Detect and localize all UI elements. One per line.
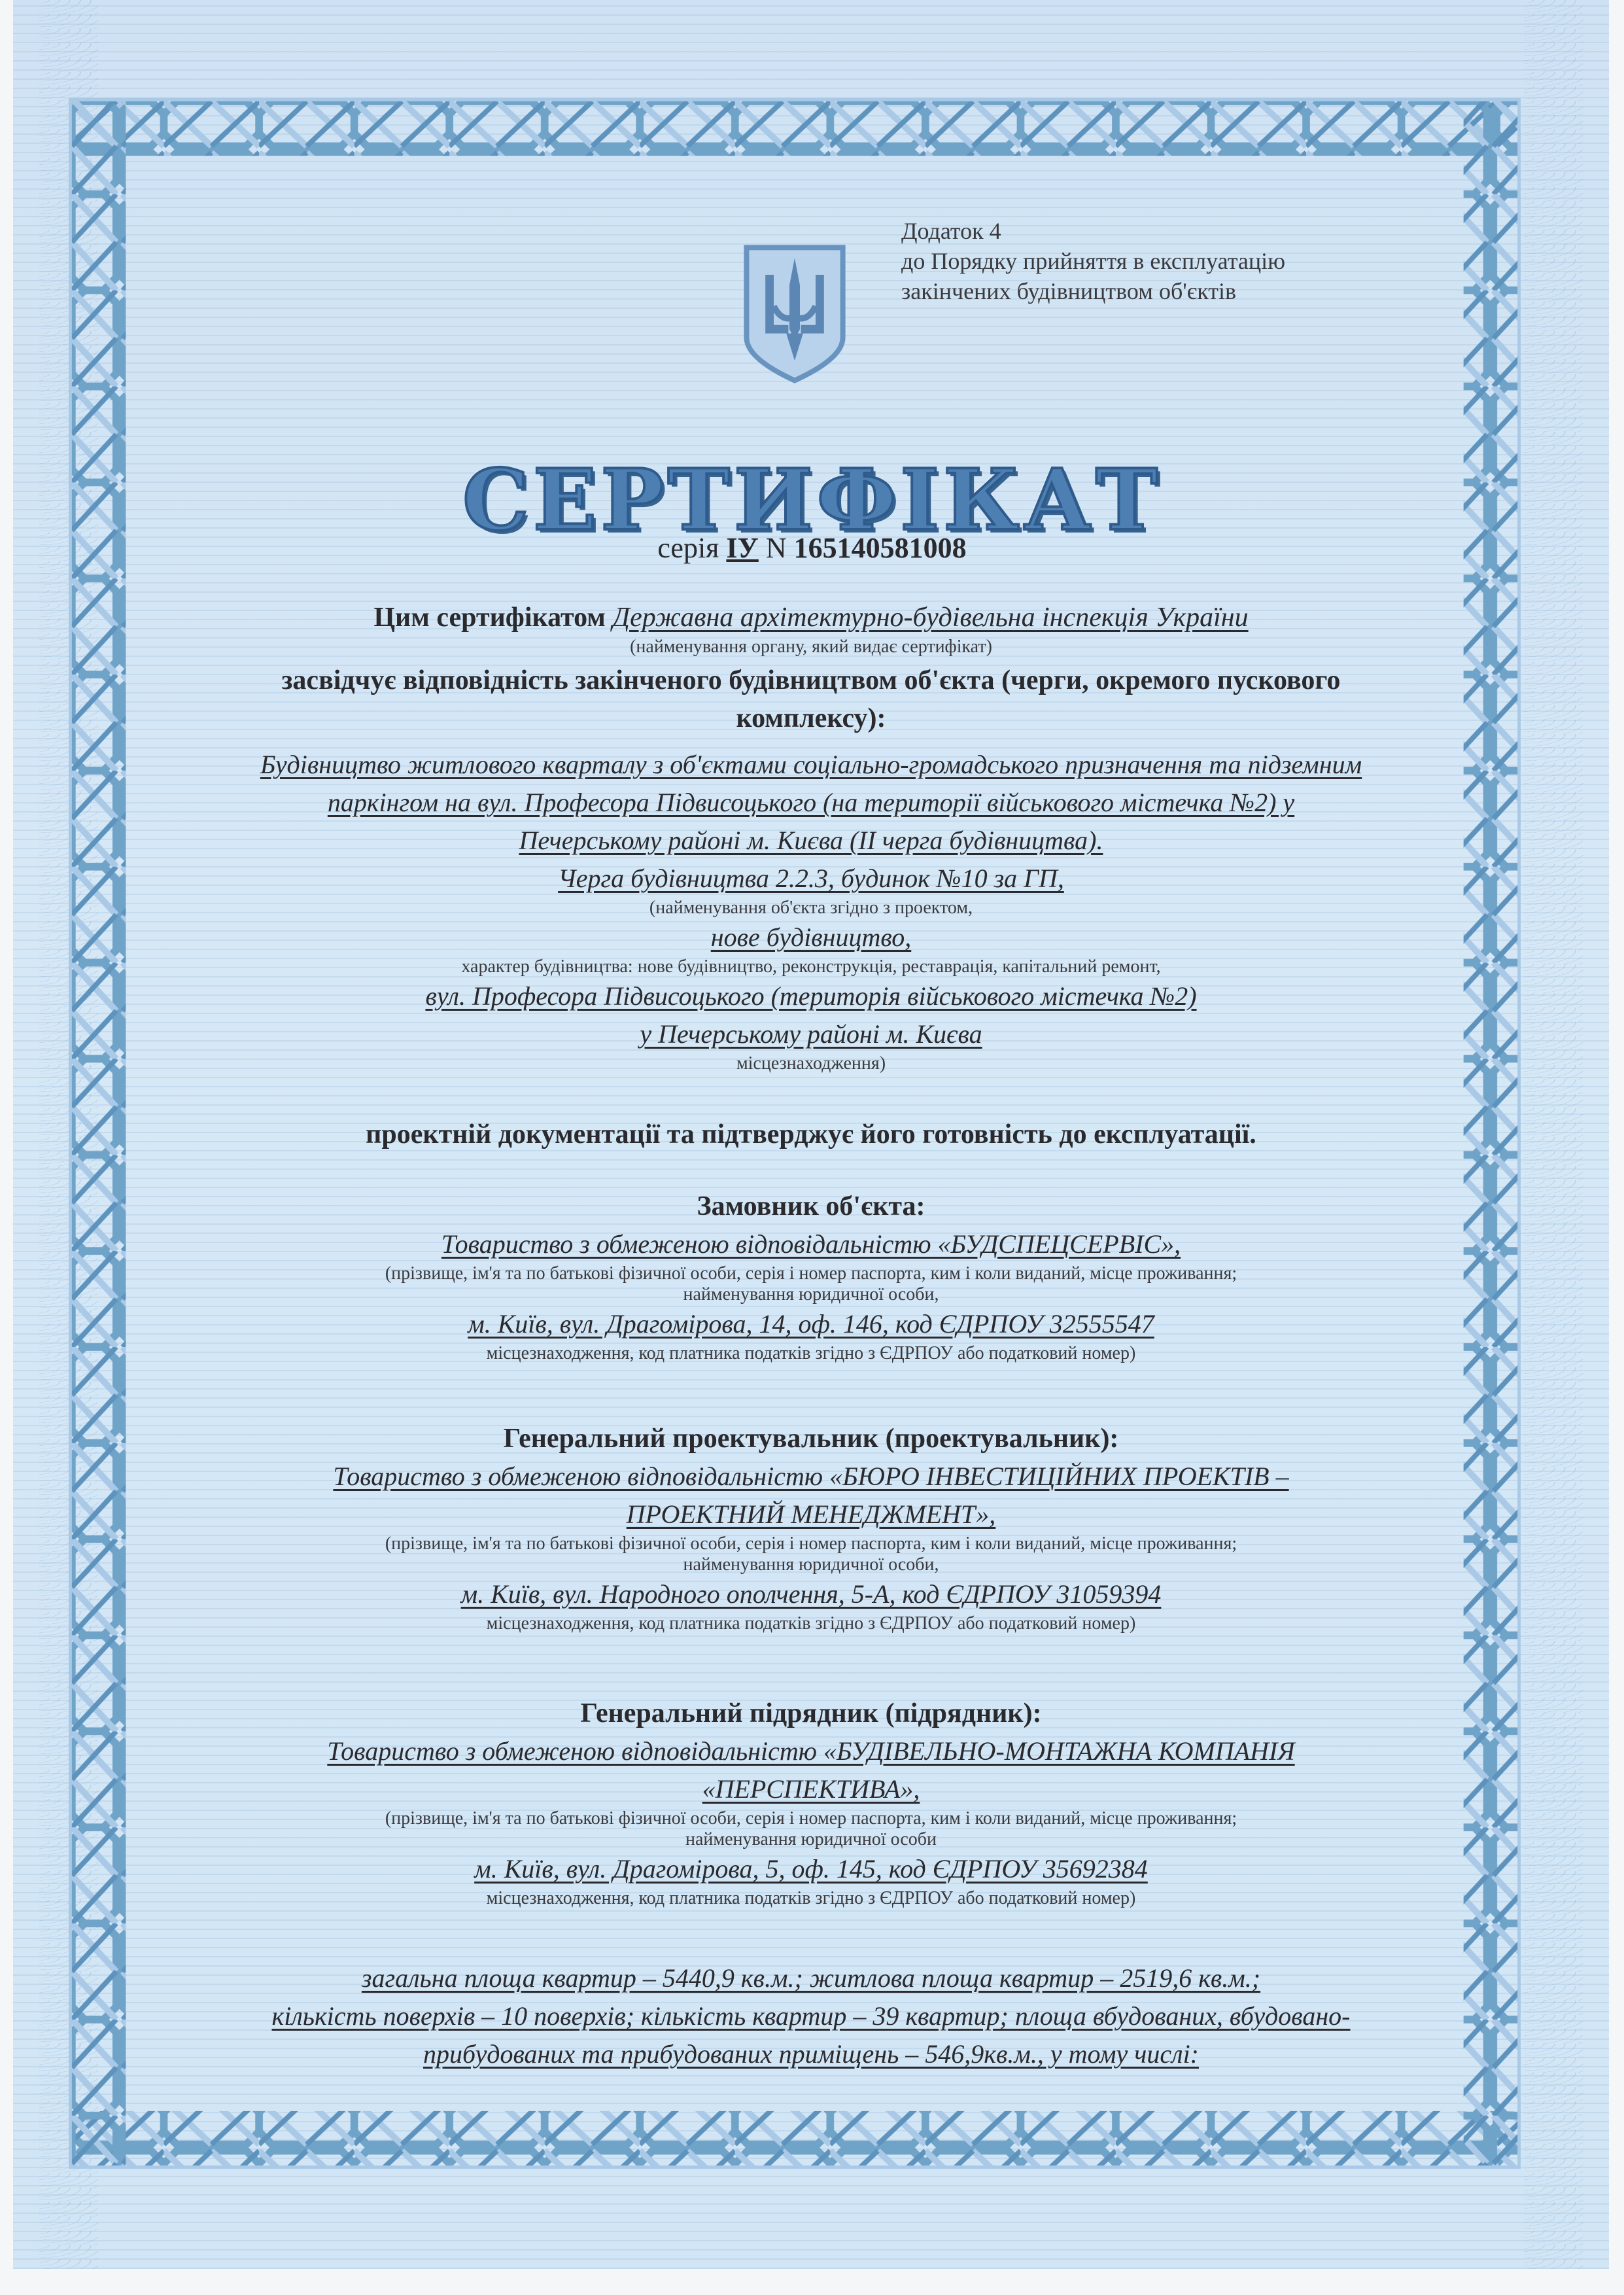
- series-label: серія: [657, 532, 719, 564]
- designer-address: м. Київ, вул. Народного ополчення, 5-А, …: [150, 1575, 1472, 1613]
- customer-address: м. Київ, вул. Драгомірова, 14, оф. 146, …: [150, 1305, 1472, 1343]
- series-value: ІУ: [726, 532, 758, 564]
- object-name-caption: (найменування об'єкта згідно з проектом,: [150, 898, 1472, 919]
- object-location-line: у Печерському районі м. Києва: [150, 1015, 1472, 1053]
- conformity-statement: проектній документації та підтверджує йо…: [150, 1115, 1472, 1153]
- designer-caption-1: (прізвище, ім'я та по батькові фізичної …: [150, 1533, 1472, 1554]
- contractor-name-line: Товариство з обмеженою відповідальністю …: [150, 1732, 1472, 1770]
- annex-line-1: Додаток 4: [901, 216, 1425, 246]
- contractor-name-line: «ПЕРСПЕКТИВА»,: [150, 1770, 1472, 1808]
- certifies-line-2: комплексу):: [150, 699, 1472, 737]
- contractor-address: м. Київ, вул. Драгомірова, 5, оф. 145, к…: [150, 1850, 1472, 1888]
- number-value: 165140581008: [794, 532, 967, 564]
- designer-name-line: Товариство з обмеженою відповідальністю …: [150, 1458, 1472, 1496]
- characteristics-line: прибудованих та прибудованих приміщень –…: [150, 2035, 1472, 2073]
- object-location-caption: місцезнаходження): [150, 1053, 1472, 1074]
- annex-reference: Додаток 4 до Порядку прийняття в експлуа…: [901, 216, 1425, 306]
- customer-heading: Замовник об'єкта:: [150, 1187, 1472, 1225]
- issuer-intro: Цим сертифікатом: [373, 603, 606, 633]
- annex-line-3: закінчених будівництвом об'єктів: [901, 276, 1425, 306]
- serial-number: серія ІУ N 165140581008: [0, 531, 1624, 565]
- contractor-caption-3: місцезнаходження, код платника податків …: [150, 1888, 1472, 1909]
- guilloche-pattern-right: [1524, 0, 1583, 2269]
- customer-name: Товариство з обмеженою відповідальністю …: [150, 1225, 1472, 1263]
- contractor-section: Генеральний підрядник (підрядник): Товар…: [150, 1694, 1472, 1909]
- characteristics-line: загальна площа квартир – 5440,9 кв.м.; ж…: [150, 1959, 1472, 1997]
- customer-caption-1: (прізвище, ім'я та по батькові фізичної …: [150, 1263, 1472, 1284]
- contractor-caption-2: найменування юридичної особи: [150, 1829, 1472, 1850]
- object-name-line: Печерському районі м. Києва (ІІ черга бу…: [150, 822, 1472, 860]
- construction-character: нове будівництво,: [150, 919, 1472, 956]
- designer-name-line: ПРОЕКТНИЙ МЕНЕДЖМЕНТ»,: [150, 1496, 1472, 1533]
- designer-caption-2: найменування юридичної особи,: [150, 1554, 1472, 1575]
- number-label: N: [766, 532, 787, 564]
- construction-character-caption: характер будівництва: нове будівництво, …: [150, 956, 1472, 977]
- characteristics-section: загальна площа квартир – 5440,9 кв.м.; ж…: [150, 1959, 1472, 2073]
- issuer-section: Цим сертифікатом Державна архітектурно-б…: [150, 599, 1472, 737]
- issuer-name: Державна архітектурно-будівельна інспекц…: [612, 603, 1248, 633]
- certifies-line-1: засвідчує відповідність закінченого буді…: [150, 661, 1472, 699]
- contractor-caption-1: (прізвище, ім'я та по батькові фізичної …: [150, 1808, 1472, 1829]
- object-name-line: паркінгом на вул. Професора Підвисоцьког…: [150, 784, 1472, 822]
- object-location-line: вул. Професора Підвисоцького (територія …: [150, 977, 1472, 1015]
- designer-section: Генеральний проектувальник (проектувальн…: [150, 1420, 1472, 1634]
- designer-heading: Генеральний проектувальник (проектувальн…: [150, 1420, 1472, 1458]
- customer-caption-2: найменування юридичної особи,: [150, 1284, 1472, 1305]
- designer-caption-3: місцезнаходження, код платника податків …: [150, 1613, 1472, 1634]
- annex-line-2: до Порядку прийняття в експлуатацію: [901, 246, 1425, 276]
- customer-caption-3: місцезнаходження, код платника податків …: [150, 1343, 1472, 1364]
- ukraine-coat-of-arms-icon: [742, 243, 847, 385]
- object-name-line: Черга будівництва 2.2.3, будинок №10 за …: [150, 860, 1472, 898]
- object-name-line: Будівництво житлового кварталу з об'єкта…: [150, 746, 1472, 784]
- characteristics-line: кількість поверхів – 10 поверхів; кількі…: [150, 1997, 1472, 2035]
- customer-section: Замовник об'єкта: Товариство з обмеженою…: [150, 1187, 1472, 1364]
- object-section: Будівництво житлового кварталу з об'єкта…: [150, 746, 1472, 1074]
- contractor-heading: Генеральний підрядник (підрядник):: [150, 1694, 1472, 1732]
- issuer-caption: (найменування органу, який видає сертифі…: [150, 637, 1472, 657]
